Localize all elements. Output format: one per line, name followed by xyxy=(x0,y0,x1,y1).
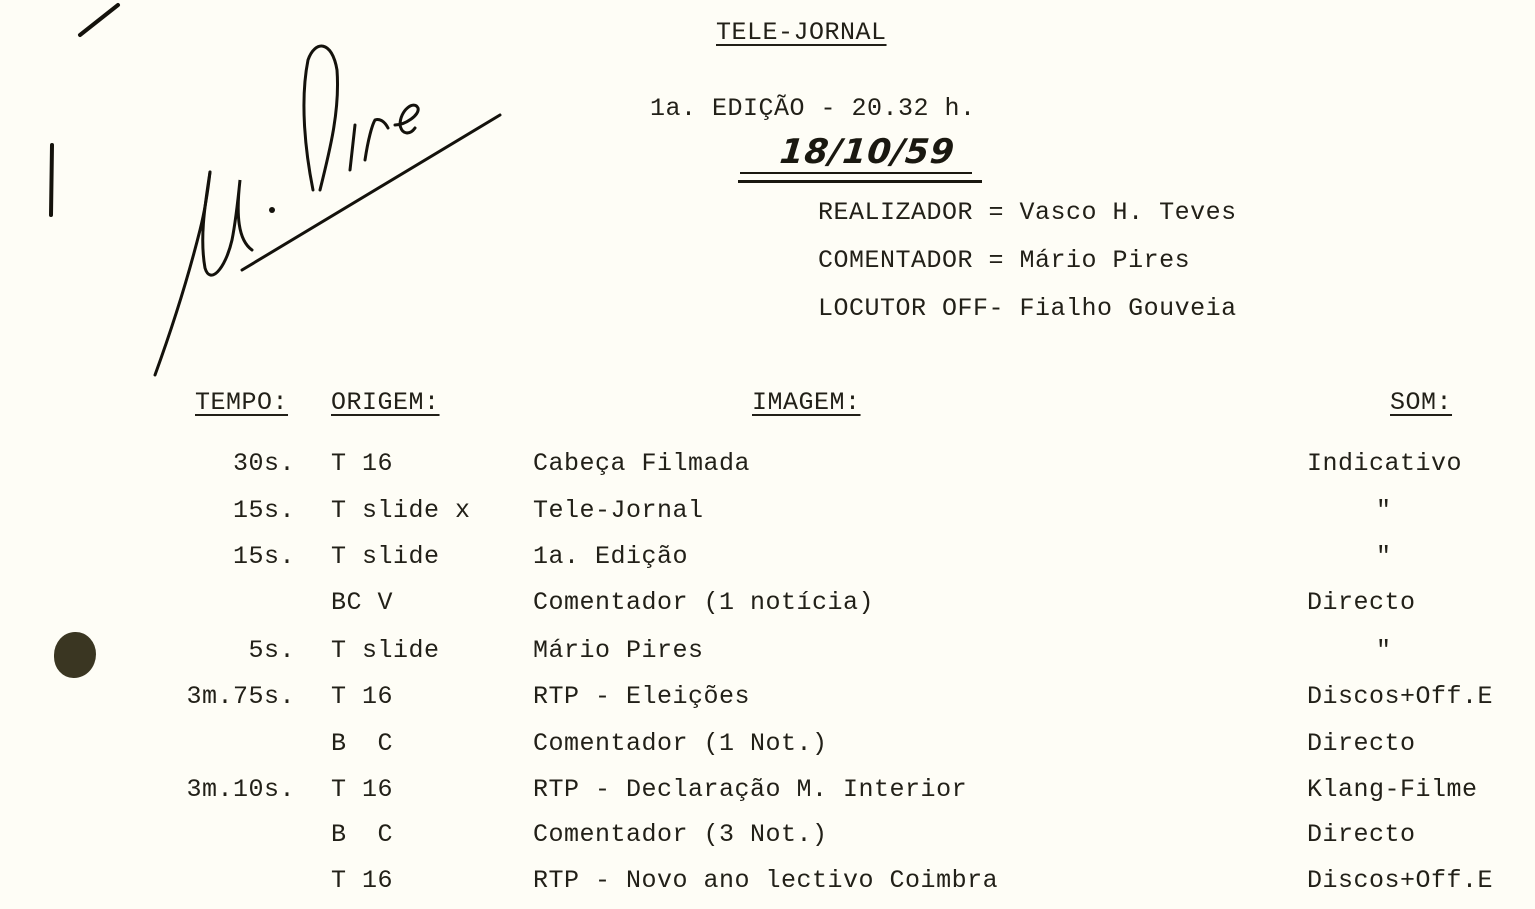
imagem-cell: Comentador (1 notícia) xyxy=(533,590,874,615)
origem-cell: T 16 xyxy=(331,868,393,893)
handwritten-signature xyxy=(0,0,520,390)
imagem-cell: Comentador (3 Not.) xyxy=(533,822,828,847)
som-cell: Directo xyxy=(1307,822,1416,847)
origem-cell: B C xyxy=(331,822,393,847)
origem-cell: T 16 xyxy=(331,451,393,476)
ink-blot xyxy=(54,632,96,678)
imagem-cell: RTP - Novo ano lectivo Coimbra xyxy=(533,868,998,893)
credit-comentador: COMENTADOR = Mário Pires xyxy=(818,248,1190,273)
imagem-cell: Cabeça Filmada xyxy=(533,451,750,476)
column-header-origem: ORIGEM: xyxy=(331,390,440,415)
som-cell: Discos+Off.E xyxy=(1307,684,1493,709)
document-title: TELE-JORNAL xyxy=(716,20,887,45)
som-cell: Directo xyxy=(1307,731,1416,756)
credit-locutor: LOCUTOR OFF- Fialho Gouveia xyxy=(818,296,1237,321)
imagem-cell: RTP - Declaração M. Interior xyxy=(533,777,967,802)
som-cell: Directo xyxy=(1307,590,1416,615)
origem-cell: T slide xyxy=(331,638,440,663)
tempo-cell: 3m.75s. xyxy=(186,684,295,709)
imagem-cell: 1a. Edição xyxy=(533,544,688,569)
column-header-som: SOM: xyxy=(1390,390,1452,415)
tempo-cell: 15s. xyxy=(233,544,295,569)
origem-cell: BC V xyxy=(331,590,393,615)
imagem-cell: Tele-Jornal xyxy=(533,498,704,523)
som-cell: " xyxy=(1376,638,1392,663)
tempo-cell: 5s. xyxy=(248,638,295,663)
credit-realizador: REALIZADOR = Vasco H. Teves xyxy=(818,200,1237,225)
date-underline-2 xyxy=(738,180,982,183)
imagem-cell: Comentador (1 Not.) xyxy=(533,731,828,756)
som-cell: " xyxy=(1376,544,1392,569)
tempo-cell: 3m.10s. xyxy=(186,777,295,802)
som-cell: Klang-Filme xyxy=(1307,777,1478,802)
handwritten-date: 18/10/59 xyxy=(778,132,957,172)
tempo-cell: 15s. xyxy=(233,498,295,523)
imagem-cell: Mário Pires xyxy=(533,638,704,663)
imagem-cell: RTP - Eleições xyxy=(533,684,750,709)
origem-cell: B C xyxy=(331,731,393,756)
origem-cell: T slide x xyxy=(331,498,471,523)
som-cell: Discos+Off.E xyxy=(1307,868,1493,893)
som-cell: Indicativo xyxy=(1307,451,1462,476)
origem-cell: T 16 xyxy=(331,777,393,802)
tempo-cell: 30s. xyxy=(233,451,295,476)
origem-cell: T 16 xyxy=(331,684,393,709)
date-underline xyxy=(740,172,972,174)
origem-cell: T slide xyxy=(331,544,440,569)
column-header-imagem: IMAGEM: xyxy=(752,390,861,415)
typed-document-page: TELE-JORNAL 1a. EDIÇÃO - 20.32 h. 18/10/… xyxy=(0,0,1535,909)
som-cell: " xyxy=(1376,498,1392,523)
edition-line: 1a. EDIÇÃO - 20.32 h. xyxy=(650,96,976,121)
column-header-tempo: TEMPO: xyxy=(195,390,288,415)
